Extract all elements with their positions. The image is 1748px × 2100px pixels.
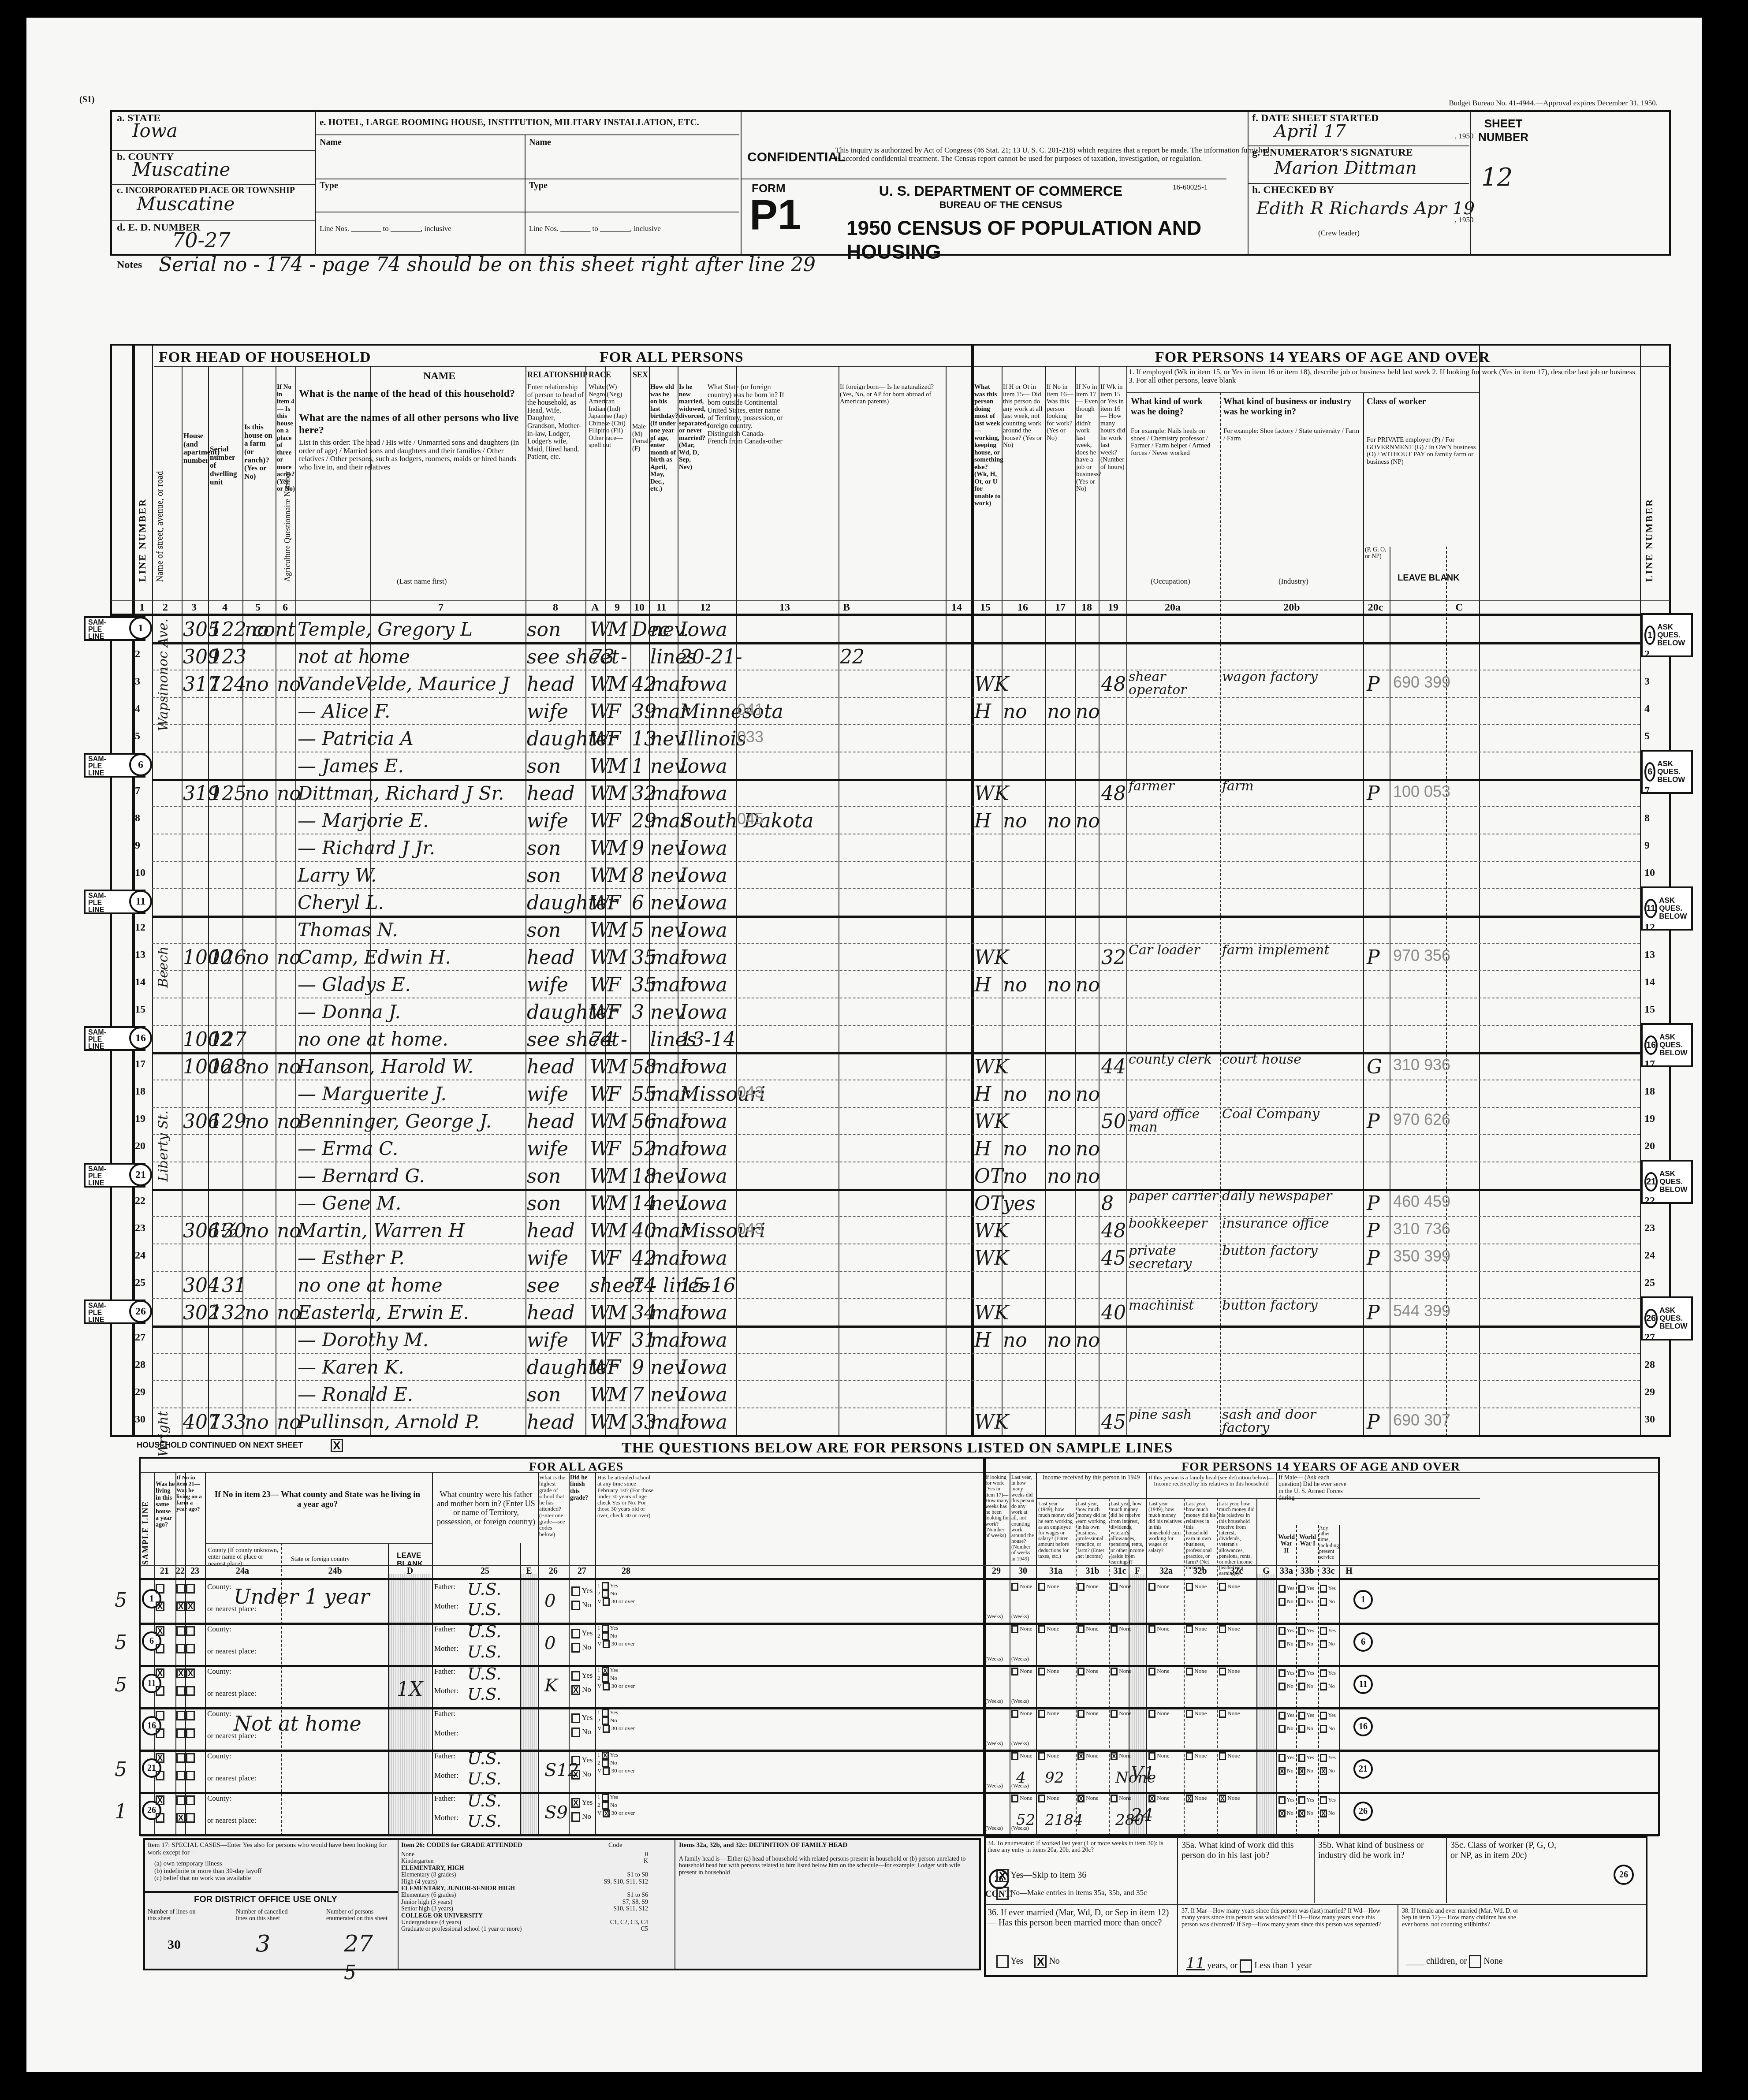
cell-farm[interactable]: no: [245, 1056, 269, 1078]
cell-c19[interactable]: 40: [1101, 1302, 1126, 1324]
cell-name[interactable]: — Dorothy M.: [298, 1329, 429, 1351]
cell-cls[interactable]: P: [1367, 1247, 1380, 1270]
cell-rel[interactable]: wife: [527, 1329, 568, 1352]
date-value[interactable]: April 17: [1274, 121, 1346, 141]
cell-occ[interactable]: private secretary: [1129, 1244, 1219, 1271]
cell-serial[interactable]: 126: [209, 946, 246, 969]
cell-serial[interactable]: 127: [209, 1028, 246, 1051]
none-checkbox-c30[interactable]: None: [1011, 1625, 1032, 1633]
none-checkbox-c32b[interactable]: None: [1186, 1583, 1207, 1591]
cell-race[interactable]: W: [590, 1411, 610, 1434]
cell-cls[interactable]: P: [1367, 1192, 1380, 1215]
cell-name[interactable]: — James E.: [298, 755, 404, 777]
cell-race[interactable]: W: [590, 755, 610, 778]
none-checkbox-c32b[interactable]: None: [1186, 1668, 1207, 1676]
cell-c19[interactable]: 45: [1101, 1247, 1126, 1270]
enumerator-value[interactable]: Marion Dittman: [1274, 158, 1417, 178]
none-checkbox-c31c[interactable]: None: [1111, 1668, 1131, 1676]
cell-name[interactable]: — Gene M.: [298, 1192, 401, 1214]
checkbox-c33b[interactable]: Yes No: [1298, 1627, 1314, 1648]
cell-sex[interactable]: M: [608, 1411, 627, 1434]
cell-birth[interactable]: 20-21-: [680, 646, 742, 668]
checkbox-c33b[interactable]: Yes No: [1298, 1712, 1314, 1733]
cell-leave-blank-d[interactable]: 1X: [397, 1678, 423, 1701]
cell-name[interactable]: — Patricia A: [298, 728, 414, 749]
cell-street[interactable]: Beech: [156, 946, 171, 988]
cell-sex[interactable]: M: [608, 1110, 627, 1133]
none-checkbox-c32a[interactable]: None: [1148, 1583, 1169, 1591]
cell-name[interactable]: Larry W.: [298, 864, 376, 886]
none-checkbox-c32c[interactable]: X None: [1219, 1795, 1240, 1802]
cell-sex[interactable]: M: [608, 782, 627, 805]
cell-serial[interactable]: 124: [209, 673, 246, 696]
cell-birth[interactable]: Iowa: [680, 1411, 727, 1434]
cell-occ[interactable]: farmer: [1129, 780, 1219, 793]
cell-birth[interactable]: Iowa: [680, 1110, 727, 1133]
cell-c15[interactable]: WK: [974, 1302, 1009, 1324]
cell-farm[interactable]: no: [245, 946, 269, 969]
cell-race[interactable]: W: [590, 1083, 610, 1106]
cell-farm[interactable]: no: [245, 673, 269, 696]
cell-ind[interactable]: insurance office: [1222, 1217, 1361, 1230]
cell-c15[interactable]: OT: [974, 1192, 1003, 1215]
cell-cls[interactable]: P: [1367, 1302, 1380, 1324]
q38-answer[interactable]: ____ children, or None: [1406, 1955, 1503, 1968]
cell-c17[interactable]: no: [1047, 974, 1071, 996]
cell-birth[interactable]: Iowa: [680, 1247, 727, 1270]
none-checkbox-c32a[interactable]: None: [1148, 1668, 1169, 1676]
cell-c18[interactable]: no: [1076, 1138, 1100, 1160]
cell-age[interactable]: 7: [632, 1384, 644, 1406]
cell-age[interactable]: 8: [632, 864, 644, 887]
cell-rel[interactable]: son: [527, 837, 561, 860]
cell-sex[interactable]: M: [608, 673, 627, 696]
cell-rel[interactable]: head: [527, 782, 575, 805]
cell-rel[interactable]: wife: [527, 1138, 568, 1160]
cell-code[interactable]: 100 053: [1393, 782, 1450, 801]
cell-race[interactable]: W: [590, 1165, 610, 1188]
cell-ind[interactable]: daily newspaper: [1222, 1190, 1361, 1203]
cell-age[interactable]: 9: [632, 1356, 644, 1379]
cell-race[interactable]: W: [590, 728, 610, 750]
q34-yes-option[interactable]: X Yes—Skip to item 36: [996, 1869, 1086, 1882]
none-checkbox-c32c[interactable]: None: [1219, 1752, 1240, 1760]
cell-c16[interactable]: no: [1003, 810, 1027, 832]
cell-birth[interactable]: 13-14: [680, 1028, 736, 1051]
cell-birth[interactable]: Minnesota: [680, 700, 783, 723]
checkbox-c33b[interactable]: Yes No: [1298, 1585, 1314, 1606]
cell-sex[interactable]: M: [608, 1165, 627, 1188]
cell-race[interactable]: W: [590, 892, 610, 914]
none-checkbox-c30[interactable]: None: [1011, 1710, 1032, 1718]
cell-serial[interactable]: 125: [209, 782, 246, 805]
cell-serial[interactable]: 128: [209, 1056, 246, 1078]
cell-race[interactable]: W: [590, 810, 610, 832]
checkbox-c22[interactable]: [176, 1626, 185, 1653]
cell-sex[interactable]: M: [608, 919, 627, 942]
cell-leave-blank-f[interactable]: V1: [1131, 1763, 1155, 1783]
cell-sex[interactable]: F: [608, 1356, 621, 1379]
cell-c15[interactable]: H: [974, 974, 991, 996]
cell-sex[interactable]: F: [608, 700, 621, 723]
cell-c19[interactable]: 32: [1101, 946, 1126, 969]
cell-father-birthplace[interactable]: U.S.: [467, 1791, 501, 1810]
cell-ind[interactable]: court house: [1222, 1053, 1361, 1066]
cell-rel[interactable]: son: [527, 864, 561, 887]
checkbox-c22[interactable]: X: [176, 1795, 185, 1823]
checkbox-c33c[interactable]: Yes No: [1320, 1627, 1336, 1648]
checkbox-c33b[interactable]: Yes No: [1298, 1669, 1314, 1690]
cell-race[interactable]: W: [590, 618, 610, 641]
cell-father-birthplace[interactable]: U.S.: [467, 1749, 501, 1768]
none-checkbox-c30[interactable]: None: [1011, 1583, 1032, 1591]
q36-options[interactable]: Yes X No: [996, 1955, 1060, 1968]
none-checkbox-c31c[interactable]: X None: [1111, 1752, 1131, 1760]
cell-race[interactable]: W: [590, 700, 610, 723]
cell-birth[interactable]: Iowa: [680, 1056, 727, 1078]
none-checkbox-c31a[interactable]: None: [1038, 1625, 1059, 1633]
cell-name[interactable]: — Esther P.: [298, 1247, 405, 1269]
cell-ind[interactable]: farm implement: [1222, 944, 1361, 957]
cell-race[interactable]: W: [590, 974, 610, 996]
cell-sex[interactable]: M: [608, 946, 627, 969]
cell-street[interactable]: Liberty St.: [156, 1110, 171, 1182]
cell-cls[interactable]: P: [1367, 1220, 1380, 1242]
none-checkbox-c32c[interactable]: None: [1219, 1710, 1240, 1718]
q34-no-option[interactable]: No—Make entries in items 35a, 35b, and 3…: [996, 1887, 1147, 1900]
cell-c18[interactable]: no: [1076, 810, 1100, 832]
cell-c15[interactable]: WK: [974, 782, 1009, 805]
cell-c19[interactable]: 50: [1101, 1110, 1126, 1133]
household-continued-checkbox[interactable]: X: [331, 1439, 343, 1452]
cell-c15[interactable]: WK: [974, 1110, 1009, 1133]
checkbox-school-attendance[interactable]: 1 X Yes2 NoV 30 or over: [597, 1667, 635, 1690]
cell-grade[interactable]: K: [544, 1676, 558, 1696]
cell-rel[interactable]: son: [527, 1384, 561, 1406]
checked-value[interactable]: Edith R Richards Apr 19: [1256, 198, 1475, 219]
cell-mother-birthplace[interactable]: U.S.: [467, 1600, 501, 1619]
state-value[interactable]: Iowa: [132, 120, 178, 141]
sheet-value[interactable]: 12: [1481, 163, 1513, 192]
none-checkbox-c31c[interactable]: None: [1111, 1710, 1131, 1718]
cell-b[interactable]: 041: [737, 700, 764, 719]
cell-race[interactable]: W: [590, 1110, 610, 1133]
cell-code[interactable]: 310 736: [1393, 1220, 1450, 1238]
cell-sex[interactable]: F: [608, 1247, 621, 1270]
none-checkbox-c32b[interactable]: None: [1186, 1625, 1207, 1633]
cell-c17[interactable]: no: [1047, 700, 1071, 723]
checkbox-finished-grade[interactable]: YesX No: [571, 1756, 593, 1780]
cell-occ[interactable]: paper carrier: [1129, 1190, 1219, 1203]
cell-birth[interactable]: Iowa: [680, 1192, 727, 1215]
cell-c16[interactable]: yes: [1003, 1192, 1035, 1215]
cell-ind[interactable]: sash and door factory: [1222, 1408, 1361, 1435]
checkbox-c21[interactable]: X: [156, 1584, 164, 1611]
cell-code[interactable]: 690 399: [1393, 673, 1450, 692]
cell-race[interactable]: W: [590, 1356, 610, 1379]
cell-serial[interactable]: 131: [209, 1274, 246, 1297]
checkbox-c33b[interactable]: YesX No: [1298, 1796, 1314, 1817]
cell-c15[interactable]: WK: [974, 1247, 1009, 1270]
checkbox-school-attendance[interactable]: 1 Yes2 NoV X 30 or over: [597, 1794, 635, 1817]
cell-c18[interactable]: no: [1076, 1165, 1100, 1188]
cell-name[interactable]: Temple, Gregory L: [298, 618, 473, 640]
cell-race[interactable]: 73 -: [590, 646, 627, 668]
enumerated-value[interactable]: 27: [344, 1931, 373, 1957]
cell-birth[interactable]: Iowa: [680, 1329, 727, 1352]
cell-cls[interactable]: G: [1367, 1056, 1382, 1078]
cell-cls[interactable]: P: [1367, 946, 1380, 969]
cell-code[interactable]: 970 356: [1393, 946, 1450, 965]
cell-c16[interactable]: no: [1003, 974, 1027, 996]
cell-birth[interactable]: Iowa: [680, 837, 727, 860]
cell-race[interactable]: W: [590, 864, 610, 887]
none-checkbox-c31b[interactable]: X None: [1077, 1752, 1098, 1760]
cell-code[interactable]: 690 307: [1393, 1411, 1450, 1430]
checkbox-c23[interactable]: X: [186, 1668, 195, 1696]
cell-rel[interactable]: head: [527, 1411, 575, 1434]
cell-race[interactable]: W: [590, 1302, 610, 1324]
cell-c17[interactable]: no: [1047, 1083, 1071, 1106]
cancelled-value[interactable]: 3: [256, 1931, 270, 1957]
cell-occ[interactable]: machinist: [1129, 1299, 1219, 1312]
cell-name[interactable]: — Donna J.: [298, 1001, 401, 1023]
cell-name[interactable]: — Gladys E.: [298, 974, 411, 995]
checkbox-c22[interactable]: X: [176, 1668, 185, 1696]
cell-c15[interactable]: H: [974, 1329, 991, 1352]
checkbox-c23[interactable]: [186, 1753, 195, 1780]
none-checkbox-c30[interactable]: None: [1011, 1668, 1032, 1676]
cell-serial[interactable]: 132: [209, 1302, 246, 1324]
none-checkbox-c32a[interactable]: None: [1148, 1625, 1169, 1633]
cell-name[interactable]: — Ronald E.: [298, 1384, 413, 1405]
cell-b[interactable]: 045: [737, 810, 764, 828]
cell-ind[interactable]: button factory: [1222, 1299, 1361, 1312]
cell-rel[interactable]: son: [527, 1192, 561, 1215]
cell-race[interactable]: 74 -: [590, 1028, 627, 1051]
cell-rel[interactable]: wife: [527, 1083, 568, 1106]
cell-c16[interactable]: no: [1003, 1138, 1027, 1160]
checkbox-c33c[interactable]: Yes No: [1320, 1712, 1336, 1733]
checkbox-c21[interactable]: X: [156, 1626, 164, 1653]
checkbox-c33a[interactable]: YesX No: [1278, 1796, 1294, 1817]
none-checkbox-c32c[interactable]: None: [1219, 1668, 1240, 1676]
cell-sex[interactable]: M: [608, 1302, 627, 1324]
cell-race[interactable]: W: [590, 1056, 610, 1078]
cell-rel[interactable]: head: [527, 1110, 575, 1133]
cell-rel[interactable]: head: [527, 1220, 575, 1242]
checkbox-school-attendance[interactable]: 1 X Yes2 NoV 30 or over: [597, 1751, 635, 1775]
cell-rel[interactable]: wife: [527, 700, 568, 723]
cell-mother-birthplace[interactable]: U.S.: [467, 1811, 501, 1831]
cell-race[interactable]: W: [590, 1192, 610, 1215]
cell-c15[interactable]: H: [974, 700, 991, 723]
none-checkbox-c31c[interactable]: None: [1111, 1795, 1131, 1802]
cell-birth[interactable]: Iowa: [680, 618, 727, 641]
cell-c17[interactable]: no: [1047, 1329, 1071, 1352]
cell-race[interactable]: W: [590, 946, 610, 969]
checkbox-c33b[interactable]: YesX No: [1298, 1754, 1314, 1775]
cell-birth[interactable]: Iowa: [680, 782, 727, 805]
checkbox-c22[interactable]: [176, 1711, 185, 1738]
cell-code[interactable]: 970 626: [1393, 1110, 1450, 1129]
none-checkbox-c32a[interactable]: X None: [1148, 1795, 1169, 1802]
cell-rel[interactable]: son: [527, 1165, 561, 1188]
cell-birth[interactable]: Iowa: [680, 1165, 727, 1188]
cell-residence-county[interactable]: Under 1 year: [234, 1585, 369, 1609]
cell-race[interactable]: W: [590, 1220, 610, 1242]
cell-grade[interactable]: 0: [544, 1591, 555, 1611]
cell-name[interactable]: no one at home: [298, 1274, 443, 1296]
cell-serial[interactable]: 133: [209, 1411, 246, 1434]
cell-sex[interactable]: F: [608, 810, 621, 832]
cell-birth[interactable]: Iowa: [680, 919, 727, 942]
cell-farm[interactable]: no: [245, 1302, 269, 1324]
cell-c16[interactable]: no: [1003, 1083, 1027, 1106]
cell-c18[interactable]: no: [1076, 1083, 1100, 1106]
cell-sex[interactable]: M: [608, 1220, 627, 1242]
cell-code[interactable]: 544 399: [1393, 1302, 1450, 1320]
cell-street[interactable]: Wapsinonoc Ave.: [156, 618, 171, 731]
cell-c15[interactable]: H: [974, 1138, 991, 1160]
cell-sex[interactable]: F: [608, 728, 621, 750]
cell-grade[interactable]: 0: [544, 1633, 555, 1653]
cell-c19[interactable]: 8: [1101, 1192, 1114, 1215]
cell-b[interactable]: 033: [737, 728, 764, 746]
cell-c16[interactable]: no: [1003, 1165, 1027, 1188]
cell-name[interactable]: — Marjorie E.: [298, 810, 429, 831]
cell-sex[interactable]: F: [608, 1083, 621, 1106]
checkbox-c23[interactable]: [186, 1711, 195, 1738]
cell-name[interactable]: — Karen K.: [298, 1356, 404, 1378]
cell-birth[interactable]: Illinois: [680, 728, 746, 750]
checkbox-c21[interactable]: X: [156, 1753, 164, 1780]
cell-occ[interactable]: Car loader: [1129, 944, 1219, 957]
cell-name[interactable]: — Marguerite J.: [298, 1083, 447, 1105]
cell-ind[interactable]: button factory: [1222, 1244, 1361, 1258]
checkbox-school-attendance[interactable]: 1 Yes2 NoV 30 or over: [597, 1709, 635, 1733]
cell-name[interactable]: — Richard J Jr.: [298, 837, 435, 859]
checkbox-c33c[interactable]: YesX No: [1320, 1796, 1336, 1817]
cell-ind[interactable]: wagon factory: [1222, 670, 1361, 684]
none-checkbox-c31b[interactable]: X None: [1077, 1795, 1098, 1802]
cell-wage-income[interactable]: 92: [1045, 1769, 1064, 1787]
cell-name[interactable]: — Alice F.: [298, 700, 390, 722]
cell-sex[interactable]: M: [608, 1192, 627, 1215]
cell-name[interactable]: Dittman, Richard J Sr.: [298, 782, 504, 804]
cell-rel[interactable]: wife: [527, 810, 568, 832]
cell-rel[interactable]: son: [527, 618, 561, 641]
cell-c19[interactable]: 48: [1101, 1220, 1126, 1242]
cell-birth[interactable]: Iowa: [680, 1138, 727, 1160]
cell-serial[interactable]: 130: [209, 1220, 246, 1242]
cell-c18[interactable]: no: [1076, 700, 1100, 723]
none-checkbox-c31c[interactable]: None: [1111, 1625, 1131, 1633]
cell-sex[interactable]: M: [608, 755, 627, 778]
cell-age[interactable]: 3: [632, 1001, 644, 1024]
cell-c17[interactable]: no: [1047, 1138, 1071, 1160]
county-value[interactable]: Muscatine: [132, 159, 230, 180]
cell-age[interactable]: 9: [632, 837, 644, 860]
cell-occ[interactable]: pine sash: [1129, 1408, 1219, 1422]
cell-rel[interactable]: head: [527, 1302, 575, 1324]
cell-age[interactable]: 6: [632, 892, 644, 914]
cell-name[interactable]: Thomas N.: [298, 919, 398, 941]
checkbox-c33c[interactable]: Yes No: [1320, 1669, 1336, 1690]
cell-name[interactable]: Martin, Warren H: [298, 1220, 465, 1241]
cell-race[interactable]: W: [590, 919, 610, 942]
cell-age[interactable]: 5: [632, 919, 644, 942]
checkbox-c21[interactable]: X: [156, 1668, 164, 1696]
cell-cls[interactable]: P: [1367, 1411, 1380, 1434]
cell-c19[interactable]: 45: [1101, 1411, 1126, 1434]
checkbox-c33a[interactable]: YesX No: [1278, 1754, 1294, 1775]
cell-age[interactable]: 1: [632, 755, 644, 778]
checkbox-c33a[interactable]: Yes No: [1278, 1585, 1294, 1606]
cell-street[interactable]: Wright: [156, 1411, 171, 1457]
cell-sex[interactable]: F: [608, 1329, 621, 1352]
cell-name[interactable]: Cheryl L.: [298, 892, 384, 913]
cell-race[interactable]: W: [590, 782, 610, 805]
cell-occ[interactable]: yard office man: [1129, 1108, 1219, 1134]
checkbox-finished-grade[interactable]: X Yes No: [571, 1798, 593, 1822]
cell-c18[interactable]: no: [1076, 974, 1100, 996]
cell-sex[interactable]: M: [608, 1056, 627, 1078]
cell-sex[interactable]: F: [608, 1138, 621, 1160]
cell-c15[interactable]: WK: [974, 1056, 1009, 1078]
none-checkbox-c30[interactable]: None: [1011, 1752, 1032, 1760]
cell-c17[interactable]: no: [1047, 1165, 1071, 1188]
none-checkbox-c31c[interactable]: None: [1111, 1583, 1131, 1591]
cell-cls[interactable]: P: [1367, 673, 1380, 696]
cell-wage-income[interactable]: 2184: [1045, 1811, 1083, 1829]
cell-c16[interactable]: no: [1003, 700, 1027, 723]
cell-race[interactable]: W: [590, 1001, 610, 1024]
cell-c18[interactable]: no: [1076, 1329, 1100, 1352]
cell-mother-birthplace[interactable]: U.S.: [467, 1642, 501, 1661]
cell-c19[interactable]: 48: [1101, 782, 1126, 805]
cell-race[interactable]: W: [590, 1384, 610, 1406]
cell-code[interactable]: 350 399: [1393, 1247, 1450, 1266]
checkbox-c33a[interactable]: Yes No: [1278, 1669, 1294, 1690]
none-checkbox-c31a[interactable]: None: [1038, 1795, 1059, 1802]
q37-answer[interactable]: 11 years, or Less than 1 year: [1186, 1955, 1312, 1973]
none-checkbox-c32b[interactable]: None: [1186, 1710, 1207, 1718]
cell-name[interactable]: Pullinson, Arnold P.: [298, 1411, 480, 1433]
cell-c14[interactable]: 22: [840, 646, 865, 668]
cell-rel[interactable]: head: [527, 673, 575, 696]
none-checkbox-c32c[interactable]: None: [1219, 1625, 1240, 1633]
cell-birth[interactable]: Iowa: [680, 755, 727, 778]
cell-rel[interactable]: head: [527, 1056, 575, 1078]
none-checkbox-c31a[interactable]: None: [1038, 1668, 1059, 1676]
cell-c19[interactable]: 44: [1101, 1056, 1126, 1078]
cell-occ[interactable]: shear operator: [1129, 670, 1219, 697]
cell-birth[interactable]: Iowa: [680, 1302, 727, 1324]
cell-grade[interactable]: S9: [544, 1802, 568, 1823]
checkbox-c23[interactable]: X: [186, 1584, 195, 1611]
cell-leave-blank-f[interactable]: 24: [1131, 1805, 1153, 1825]
checkbox-finished-grade[interactable]: YesX No: [571, 1671, 593, 1695]
cell-c15[interactable]: WK: [974, 1220, 1009, 1242]
cell-birth[interactable]: Iowa: [680, 974, 727, 996]
cell-c15[interactable]: WK: [974, 673, 1009, 696]
cell-sex[interactable]: M: [608, 1384, 627, 1406]
cell-sex[interactable]: F: [608, 1001, 621, 1024]
cell-c15[interactable]: OT: [974, 1165, 1003, 1188]
cell-birth[interactable]: Iowa: [680, 864, 727, 887]
cell-farm[interactable]: no: [245, 782, 269, 805]
